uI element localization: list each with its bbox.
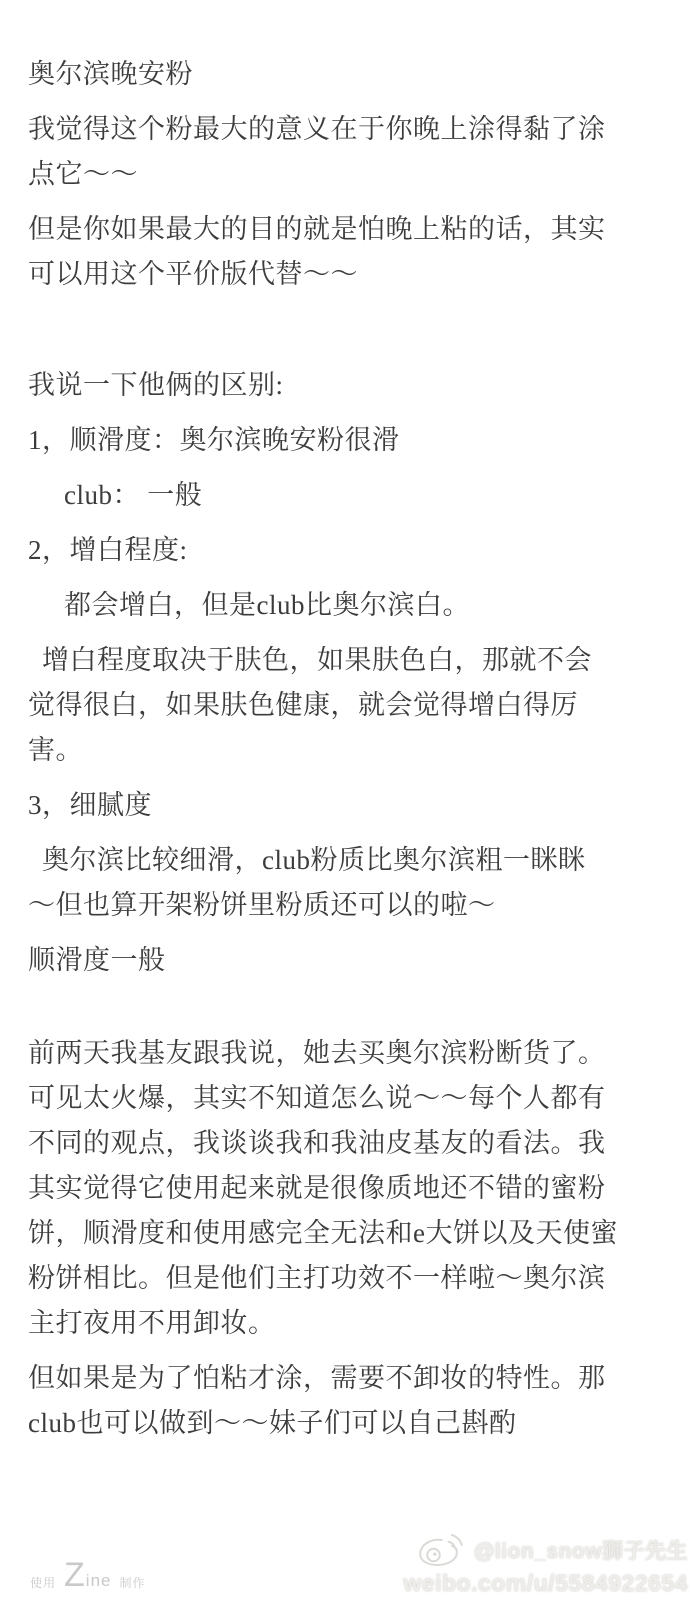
text-line: 可以用这个平价版代替～～ [28,252,672,297]
weibo-logo-icon [416,1530,466,1570]
paragraph: 奥尔滨比较细滑，club粉质比奥尔滨粗一眯眯～但也算开架粉饼里粉质还可以的啦～ [28,838,672,928]
text-line: 顺滑度一般 [28,938,672,983]
paragraph: 奥尔滨晚安粉 [28,52,672,97]
article-text: 奥尔滨晚安粉我觉得这个粉最大的意义在于你晚上涂得黏了涂点它～～但是你如果最大的目… [28,52,672,1446]
text-line: 奥尔滨晚安粉 [28,52,672,97]
paragraph: 前两天我基友跟我说，她去买奥尔滨粉断货了。可见太火爆，其实不知道怎么说～～每个人… [28,1031,672,1346]
zine-made-suffix-label: 制作 [119,1575,145,1591]
page: { "theme": { "background": "#ffffff", "t… [0,0,690,1601]
paragraph: 增白程度取决于肤色，如果肤色白，那就不会觉得很白，如果肤色健康，就会觉得增白得厉… [28,638,672,773]
zine-brand-logo: Zine [64,1565,111,1591]
text-line: 粉饼相比。但是他们主打功效不一样啦～奥尔滨 [28,1256,672,1301]
text-line: 但如果是为了怕粘才涂，需要不卸妆的特性。那 [28,1356,672,1401]
text-line: 饼，顺滑度和使用感完全无法和e大饼以及天使蜜 [28,1211,672,1256]
text-line: 增白程度取决于肤色，如果肤色白，那就不会 [28,638,672,683]
text-line: 都会增白，但是club比奥尔滨白。 [28,583,672,628]
weibo-watermark: @lion_snow狮子先生 weibo.com/u/5584922654 [403,1530,688,1597]
paragraph: 3，细腻度 [28,783,672,828]
paragraph: 1，顺滑度：奥尔滨晚安粉很滑 [28,418,672,463]
text-line: 点它～～ [28,152,672,197]
paragraph: 但是你如果最大的目的就是怕晚上粘的话，其实可以用这个平价版代替～～ [28,207,672,297]
zine-watermark: 使用 Zine 制作 [30,1565,146,1591]
paragraph: 我说一下他俩的区别: [28,363,672,408]
text-line: 但是你如果最大的目的就是怕晚上粘的话，其实 [28,207,672,252]
text-line: 我说一下他俩的区别: [28,363,672,408]
text-line: 2，增白程度: [28,528,672,573]
text-line: 可见太火爆，其实不知道怎么说～～每个人都有 [28,1076,672,1121]
text-line: 其实觉得它使用起来就是很像质地还不错的蜜粉 [28,1166,672,1211]
weibo-handle: @lion_snow狮子先生 [474,1535,688,1565]
paragraph: 都会增白，但是club比奥尔滨白。 [28,583,672,628]
zine-made-with-label: 使用 [30,1575,56,1591]
paragraph: 2，增白程度: [28,528,672,573]
text-line: 1，顺滑度：奥尔滨晚安粉很滑 [28,418,672,463]
paragraph: 但如果是为了怕粘才涂，需要不卸妆的特性。那club也可以做到～～妹子们可以自己斟… [28,1356,672,1446]
text-line: 3，细腻度 [28,783,672,828]
text-line: 不同的观点，我谈谈我和我油皮基友的看法。我 [28,1121,672,1166]
weibo-handle-row: @lion_snow狮子先生 [403,1530,688,1570]
text-line: 前两天我基友跟我说，她去买奥尔滨粉断货了。 [28,1031,672,1076]
weibo-url: weibo.com/u/5584922654 [403,1570,688,1597]
text-line: ～但也算开架粉饼里粉质还可以的啦～ [28,883,672,928]
text-line: 主打夜用不用卸妆。 [28,1301,672,1346]
paragraph: 我觉得这个粉最大的意义在于你晚上涂得黏了涂点它～～ [28,107,672,197]
text-line: 奥尔滨比较细滑，club粉质比奥尔滨粗一眯眯 [28,838,672,883]
text-line: club也可以做到～～妹子们可以自己斟酌 [28,1401,672,1446]
text-line: 觉得很白，如果肤色健康，就会觉得增白得厉 [28,683,672,728]
text-line: club： 一般 [28,473,672,518]
text-line: 我觉得这个粉最大的意义在于你晚上涂得黏了涂 [28,107,672,152]
text-line: 害。 [28,728,672,773]
paragraph: club： 一般 [28,473,672,518]
paragraph: 顺滑度一般 [28,938,672,983]
